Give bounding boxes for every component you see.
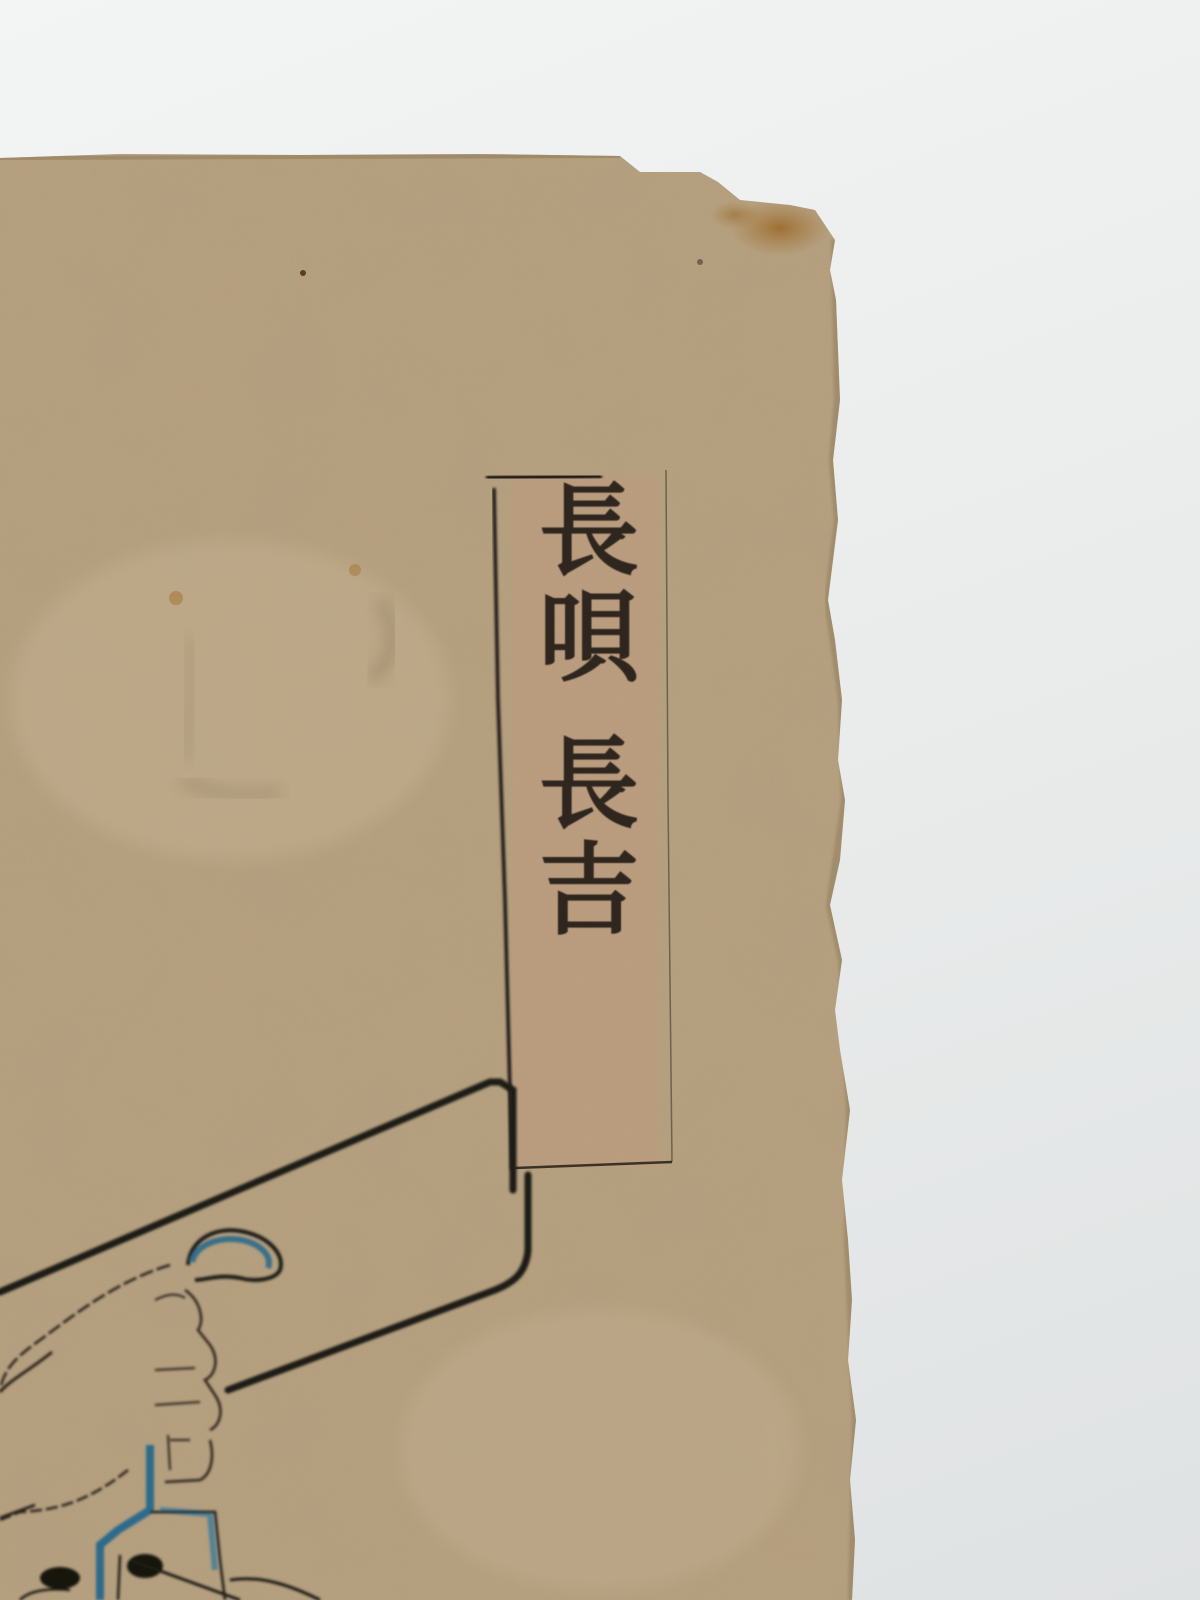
aged-paper — [0, 150, 870, 1600]
photo-scene: 長唄 長吉 — [0, 0, 1200, 1600]
cartouche-inscription: 長唄 長吉 — [516, 478, 646, 1158]
